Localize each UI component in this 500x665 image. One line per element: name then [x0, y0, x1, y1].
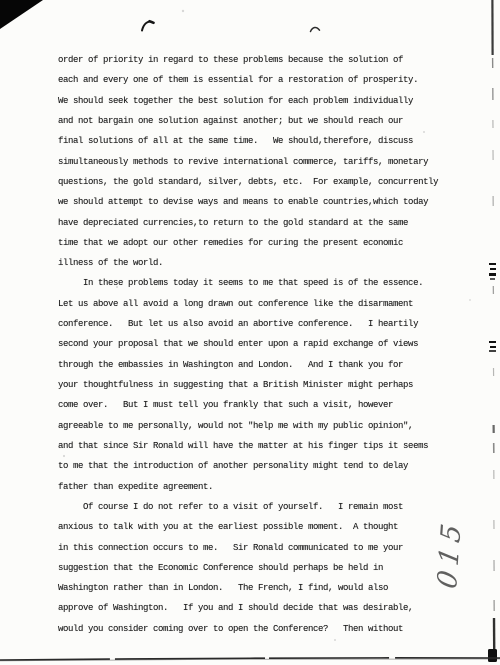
scanned-letter-page: order of priority in regard to these pro… [0, 0, 500, 665]
right-edge-dash-cluster-lower [489, 341, 496, 352]
pen-mark-left [142, 21, 154, 30]
right-edge-scan-line [492, 0, 494, 662]
right-edge-dash-cluster-upper [489, 263, 496, 280]
scan-artifacts-overlay [0, 0, 500, 665]
bottom-right-ink-blob [488, 649, 497, 662]
pen-mark-right [311, 27, 320, 31]
paper-speckles [63, 10, 471, 641]
bottom-edge-scan-line [0, 658, 500, 661]
